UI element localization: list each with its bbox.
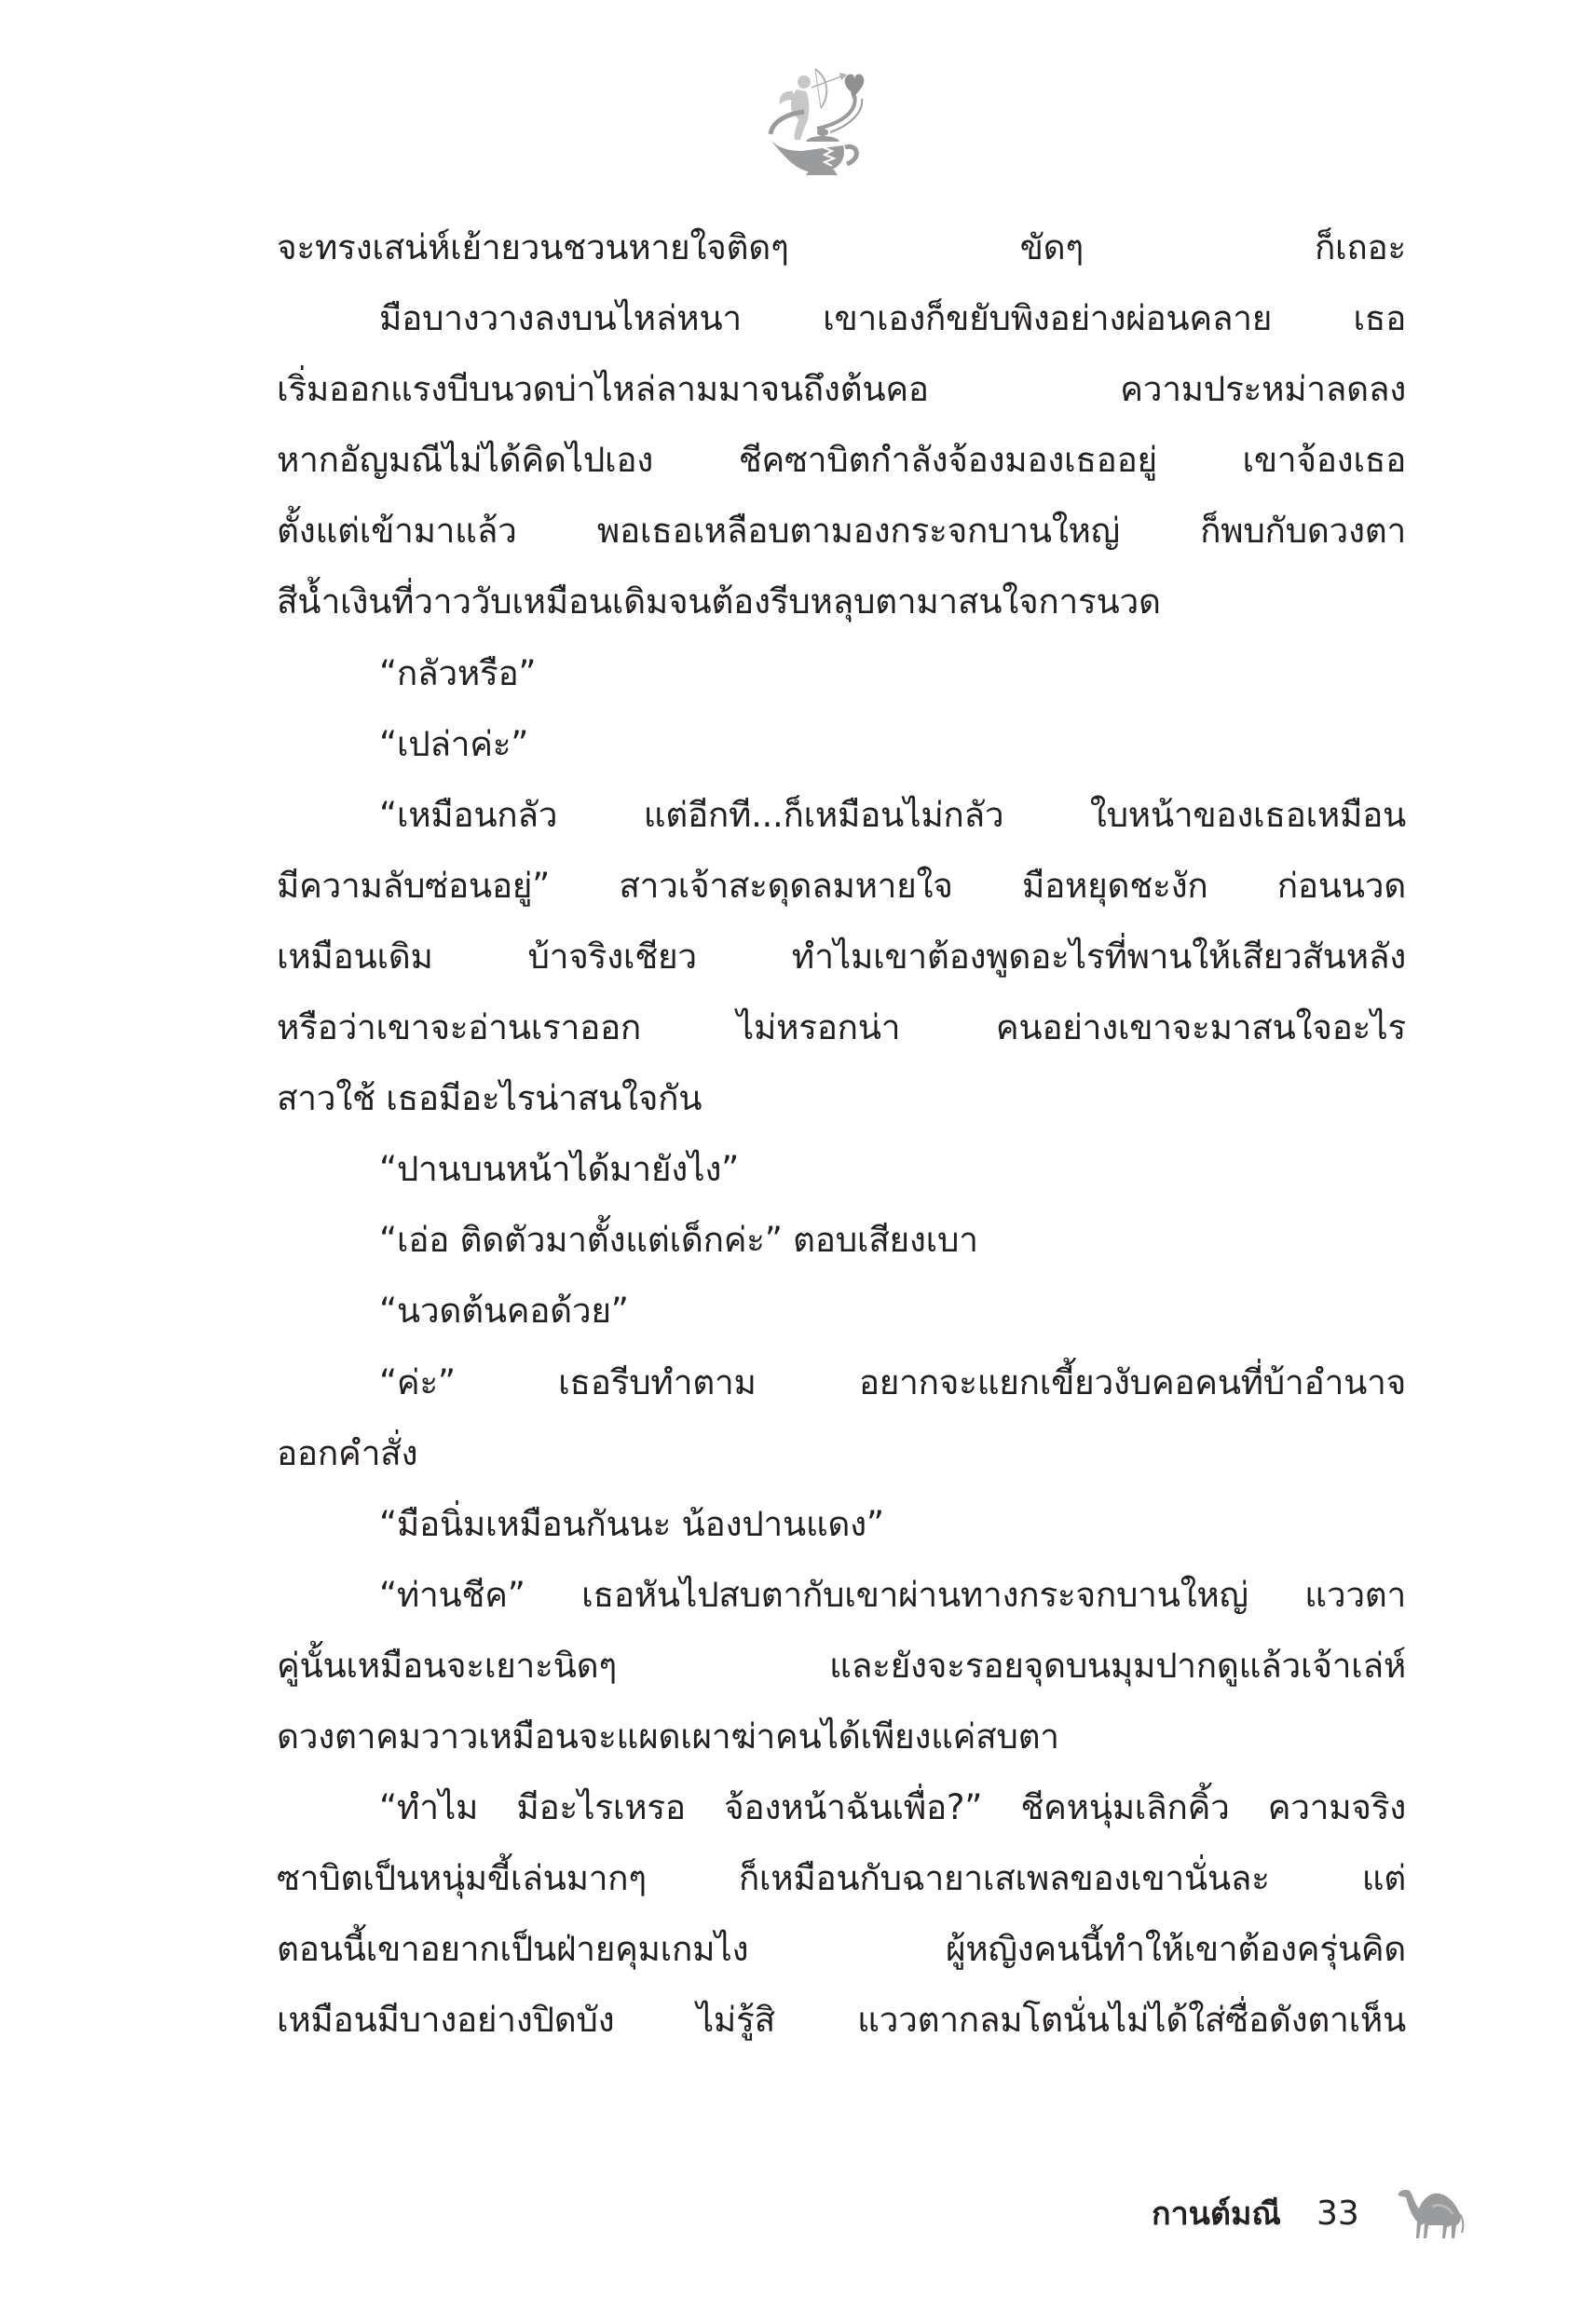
text-line: “ท่านชีค” เธอหันไปสบตากับเขาผ่านทางกระจก… [277, 1560, 1406, 1631]
text-line: “ค่ะ” เธอรีบทำตาม อยากจะแยกเขี้ยวงับคอคน… [277, 1347, 1406, 1418]
text-line: คู่นั้นเหมือนจะเยาะนิดๆ และยังจะรอยจุดบน… [277, 1631, 1406, 1702]
text-line: ดวงตาคมวาวเหมือนจะแผดเผาฆ่าคนได้เพียงแค่… [277, 1702, 1406, 1772]
text-line: “เหมือนกลัว แต่อีกที...ก็เหมือนไม่กลัว ใ… [277, 780, 1406, 851]
dialogue-line: “มือนิ่มเหมือนกันนะ น้องปานแดง” [277, 1489, 1406, 1560]
text-line: ตอนนี้เขาอยากเป็นฝ่ายคุมเกมไง ผู้หญิงคนน… [277, 1914, 1406, 1985]
text-line: จะทรงเสน่ห์เย้ายวนชวนหายใจติดๆ ขัดๆ ก็เถ… [277, 212, 1406, 283]
running-title: กานต์มณี [1152, 2188, 1281, 2238]
dialogue-line: “นวดต้นคอด้วย” [277, 1276, 1406, 1347]
text-line: ซาบิตเป็นหนุ่มขี้เล่นมากๆ ก็เหมือนกับฉาย… [277, 1843, 1406, 1914]
text-line: เริ่มออกแรงบีบนวดบ่าไหล่ลามมาจนถึงต้นคอ … [277, 354, 1406, 425]
text-line: สาวใช้ เธอมีอะไรน่าสนใจกัน [277, 1063, 1406, 1134]
text-line: เหมือนเดิม บ้าจริงเชียว ทำไมเขาต้องพูดอะ… [277, 922, 1406, 992]
text-line: เหมือนมีบางอย่างปิดบัง ไม่รู้สิ แววตากลม… [277, 1985, 1406, 2056]
text-line: ออกคำสั่ง [277, 1418, 1406, 1489]
camel-icon [1395, 2184, 1469, 2242]
dialogue-line: “เอ่อ ติดตัวมาตั้งแต่เด็กค่ะ” ตอบเสียงเบ… [277, 1205, 1406, 1276]
page-number: 33 [1316, 2195, 1359, 2233]
text-line: หากอัญมณีไม่ได้คิดไปเอง ชีคซาบิตกำลังจ้อ… [277, 425, 1406, 496]
dialogue-line: “เปล่าค่ะ” [277, 709, 1406, 780]
text-line: “ทำไม มีอะไรเหรอ จ้องหน้าฉันเพื่อ?” ชีคห… [277, 1772, 1406, 1843]
dialogue-line: “กลัวหรือ” [277, 638, 1406, 709]
text-line: มือบางวางลงบนไหล่หนา เขาเองก็ขยับพิงอย่า… [277, 283, 1406, 354]
text-line: ตั้งแต่เข้ามาแล้ว พอเธอเหลือบตามองกระจกบ… [277, 496, 1406, 567]
page-body: จะทรงเสน่ห์เย้ายวนชวนหายใจติดๆ ขัดๆ ก็เถ… [277, 212, 1406, 2056]
genie-lamp-cupid-icon [750, 54, 876, 175]
text-line: หรือว่าเขาจะอ่านเราออก ไม่หรอกน่า คนอย่า… [277, 992, 1406, 1063]
text-line: สีน้ำเงินที่วาววับเหมือนเดิมจนต้องรีบหลุ… [277, 567, 1406, 637]
dialogue-line: “ปานบนหน้าได้มายังไง” [277, 1134, 1406, 1205]
page-footer: กานต์มณี 33 [1152, 2185, 1469, 2241]
text-line: มีความลับซ่อนอยู่” สาวเจ้าสะดุดลมหายใจ ม… [277, 851, 1406, 922]
